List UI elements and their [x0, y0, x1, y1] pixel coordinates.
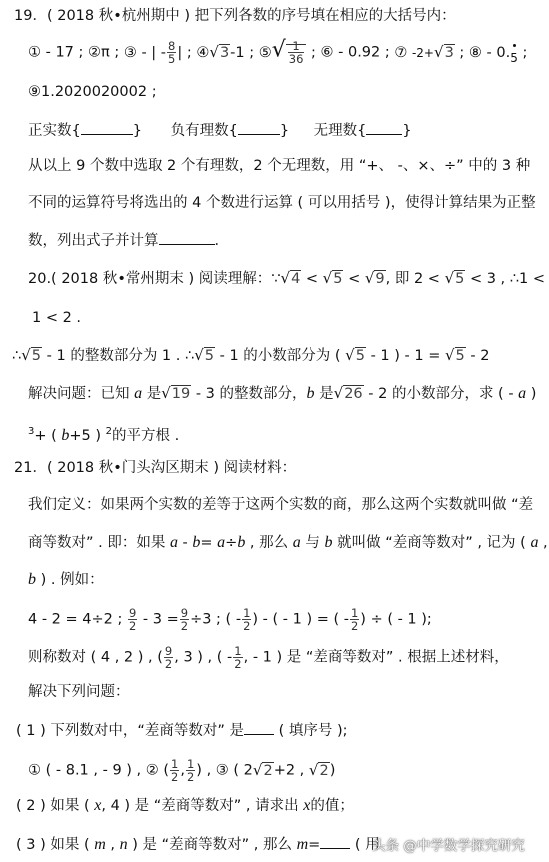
item-5: ⑤√136 ;: [259, 45, 316, 61]
answer-blank[interactable]: [244, 720, 274, 735]
answer-blank[interactable]: [320, 834, 350, 849]
q19-part2-line3: 数，列出式子并计算．: [28, 230, 229, 251]
q21-part1: ( 1 ) 下列数对中，“差商等数对” 是 ( 填序号 );: [16, 720, 348, 741]
q20-title: 20.( 2018 秋•常州期末 ) 阅读理解：∵√4 < √5 < √9, 即…: [28, 268, 549, 289]
item-7: ⑦ -2+√3 ;: [394, 45, 464, 61]
answer-blank[interactable]: [366, 120, 402, 135]
q21-solve: 解决下列问题：: [28, 682, 130, 702]
q20-line2: 1 < 2 .: [32, 308, 81, 328]
item-8: ⑧ - 0.5 ;: [469, 45, 527, 61]
q21-title: 21．( 2018 秋•门头沟区期末 ) 阅读材料：: [14, 458, 296, 478]
q19-part2-line2: 不同的运算符号将选出的 4 个数进行运算 ( 可以用括号 )，使得计算结果为正整: [28, 193, 536, 213]
item-3: ③ - | -85| ;: [124, 45, 192, 61]
category-irrational: 无理数{}: [314, 123, 412, 139]
q20-problem: 解决问题：已知 a 是√19 - 3 的整数部分，b 是√26 - 2 的小数部…: [28, 383, 536, 404]
item-2: ②π ;: [88, 45, 119, 61]
q21-part1-options: ① ( - 8.1 , - 9 ) , ② (12,12) , ③ ( 2√2+…: [28, 758, 335, 783]
q21-def-line3: b ) . 例如：: [28, 570, 104, 590]
q21-examples: 4 - 2 = 4÷2 ; 92 - 3 =92÷3 ; ( -12) - ( …: [28, 607, 432, 632]
q21-part2: ( 2 ) 如果 ( x, 4 ) 是 “差商等数对” , 请求出 x的值；: [16, 796, 354, 816]
item-9: ⑨1.2020020002 ;: [28, 82, 157, 102]
watermark: 头条 @中学数学探究研究: [372, 834, 525, 854]
answer-blank[interactable]: [238, 120, 280, 135]
q19-title: 19．( 2018 秋•杭州期中 ) 把下列各数的序号填在相应的大括号内：: [14, 6, 456, 26]
answer-blank[interactable]: [81, 120, 133, 135]
q21-def-line1: 我们定义：如果两个实数的差等于这两个实数的商，那么这两个实数就叫做 “差: [28, 495, 533, 515]
sqrt-symbol: √136: [272, 40, 307, 65]
item-4: ④√3-1 ;: [196, 45, 254, 61]
sqrt-symbol: √3: [434, 42, 455, 63]
q19-items-line: ① - 17 ; ②π ; ③ - | -85| ; ④√3-1 ; ⑤√136…: [28, 40, 527, 68]
q19-categories: 正实数{} 负有理数{} 无理数{}: [28, 120, 412, 141]
q20-problem-line2: 3+ ( b+5 ) 2的平方根 .: [28, 422, 179, 446]
answer-blank[interactable]: [159, 230, 215, 245]
q20-line3: ∴√5 - 1 的整数部分为 1 . ∴√5 - 1 的小数部分为 ( √5 -…: [12, 345, 489, 366]
item-1: ① - 17 ;: [28, 45, 83, 61]
sqrt-symbol: √3: [209, 42, 230, 63]
category-positive-real: 正实数{}: [28, 123, 142, 139]
q21-part3: ( 3 ) 如果 ( m , n ) 是 “差商等数对” , 那么 m= ( 用: [16, 834, 380, 855]
q21-def-line2: 商等数对” . 即：如果 a - b= a÷b , 那么 a 与 b 就叫做 “…: [28, 533, 548, 553]
category-negative-rational: 负有理数{}: [171, 123, 289, 139]
item-6: ⑥ - 0.92 ;: [321, 45, 390, 61]
q19-part2-line1: 从以上 9 个数中选取 2 个有理数，2 个无理数，用 “+、 -、×、÷” 中…: [28, 156, 530, 176]
q21-call: 则称数对 ( 4 , 2 ) , (92, 3 ) , ( -12, - 1 )…: [28, 645, 509, 670]
